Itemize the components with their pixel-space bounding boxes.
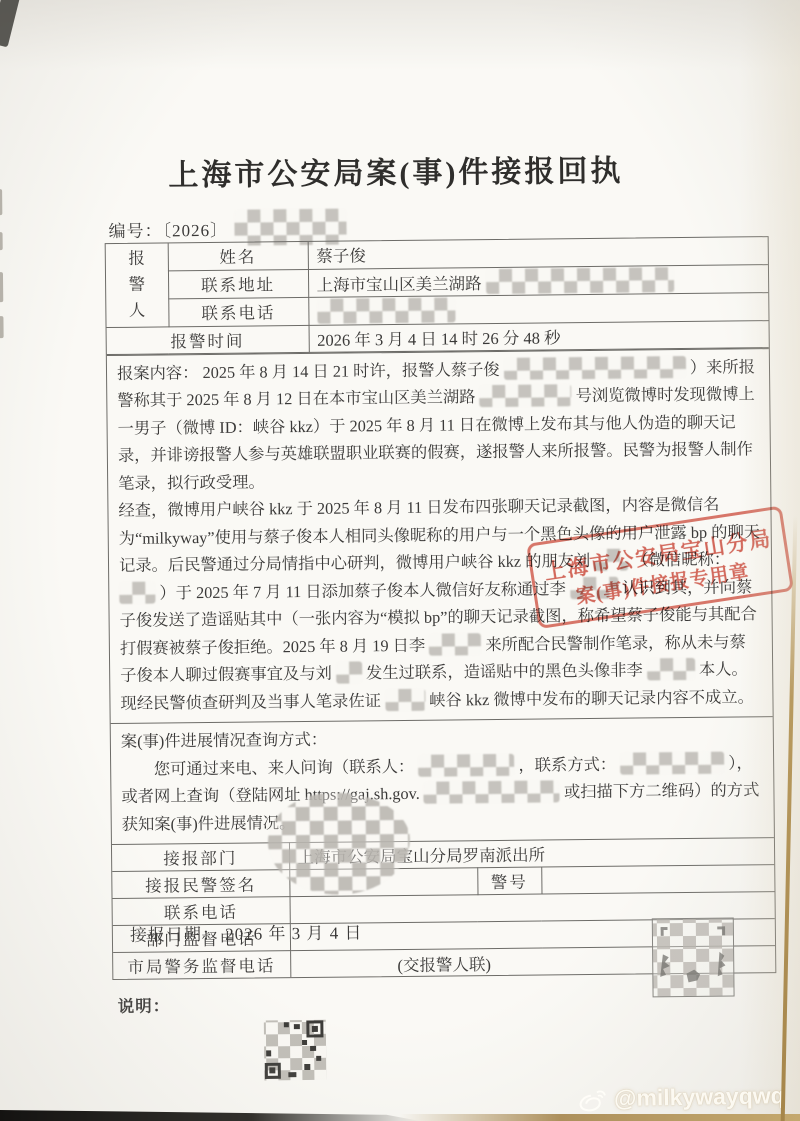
redacted-url <box>424 780 560 803</box>
receipt-date-value: 2026 年 3 月 4 日 <box>225 923 362 943</box>
document-title: 上海市公安局案(事)件接报回执 <box>0 144 796 196</box>
redacted-address-2 <box>479 384 571 407</box>
receipt-date-label: 接报日期： <box>130 925 220 945</box>
redacted-name <box>429 633 481 656</box>
address-label: 联系地址 <box>168 269 308 298</box>
redacted-contact-person <box>418 753 514 776</box>
content-text: 峡谷 kkz 微博中发布的聊天记录内容不成立。 <box>429 687 754 709</box>
phone-label: 联系电话 <box>168 297 308 326</box>
dept-label: 接报部门 <box>112 843 289 872</box>
redacted-word <box>385 688 425 710</box>
query-method-cell: 案(事)件进展情况查询方式： 您可通过来电、来人问询（联系人： ，联系方式： ）… <box>111 716 774 844</box>
redacted-contact-number <box>620 751 724 774</box>
officer-signature-label: 接报民警签名 <box>112 870 289 899</box>
report-time-value: 2026 年 3 月 4 日 14 时 26 分 48 秒 <box>309 320 769 352</box>
reporter-group-cell: 报警人 <box>106 243 169 327</box>
paper-sheet: 上海市公安局案(事)件接报回执 编号：〔2026〕 报警人 姓名 蔡子俊 联系地… <box>0 0 800 1121</box>
photo-edge-bottom-right <box>400 1114 800 1121</box>
report-content-paragraph-1: 报案内容： 2025 年 8 月 14 日 21 时许，报警人蔡子俊 ）来所报警… <box>117 353 760 497</box>
receipt-date-line: 接报日期： 2026 年 3 月 4 日 <box>130 918 363 945</box>
watermark-text: @milkywayqwq <box>614 1082 785 1112</box>
redacted-qr-box <box>652 918 735 998</box>
content-text: ）于 2025 年 7 月 11 日添加蔡子俊本人微信好友称通过李 <box>159 579 566 602</box>
query-text: ，联系方式： <box>518 754 616 774</box>
content-text: 2025 年 8 月 14 日 21 时许，报警人蔡子俊 <box>202 359 499 381</box>
qr-smudges <box>653 919 734 997</box>
reporter-info-table: 报警人 姓名 蔡子俊 联系地址 上海市宝山区美兰湖路 联系电话 <box>106 237 769 354</box>
redacted-address <box>486 267 674 294</box>
report-content-label: 报案内容： <box>117 363 199 383</box>
redacted-name <box>647 658 695 681</box>
report-time-label: 报警时间 <box>107 325 309 354</box>
name-label: 姓名 <box>168 242 308 270</box>
address-text: 上海市宝山区美兰湖路 <box>317 274 482 295</box>
redacted-qr-code <box>264 1020 327 1081</box>
content-text: 发生过联系，造谣贴中的黑色头像非李 <box>366 660 643 682</box>
query-body: 您可通过来电、来人问询（联系人： ，联系方式： ），或者网上查询（登陆网址 ht… <box>121 749 764 838</box>
redacted-name <box>336 661 362 683</box>
reporter-group-label: 报警人 <box>127 246 146 324</box>
weibo-watermark: @milkywayqwq <box>578 1082 785 1113</box>
redacted-nickname <box>119 581 155 603</box>
redacted-phone <box>317 297 455 323</box>
serial-label: 编号：〔2026〕 <box>108 215 228 241</box>
badge-number-value <box>541 865 774 894</box>
weibo-icon <box>578 1086 608 1113</box>
redacted-id <box>504 355 686 379</box>
photo-edge-marks <box>0 0 794 4</box>
badge-number-label: 警号 <box>477 867 541 895</box>
document-photo: 上海市公安局案(事)件接报回执 编号：〔2026〕 报警人 姓名 蔡子俊 联系地… <box>0 0 800 1121</box>
qr-fragments <box>264 1020 327 1081</box>
query-text: 您可通过来电、来人问询（联系人： <box>154 756 415 778</box>
note-label: 说明： <box>118 992 171 1017</box>
